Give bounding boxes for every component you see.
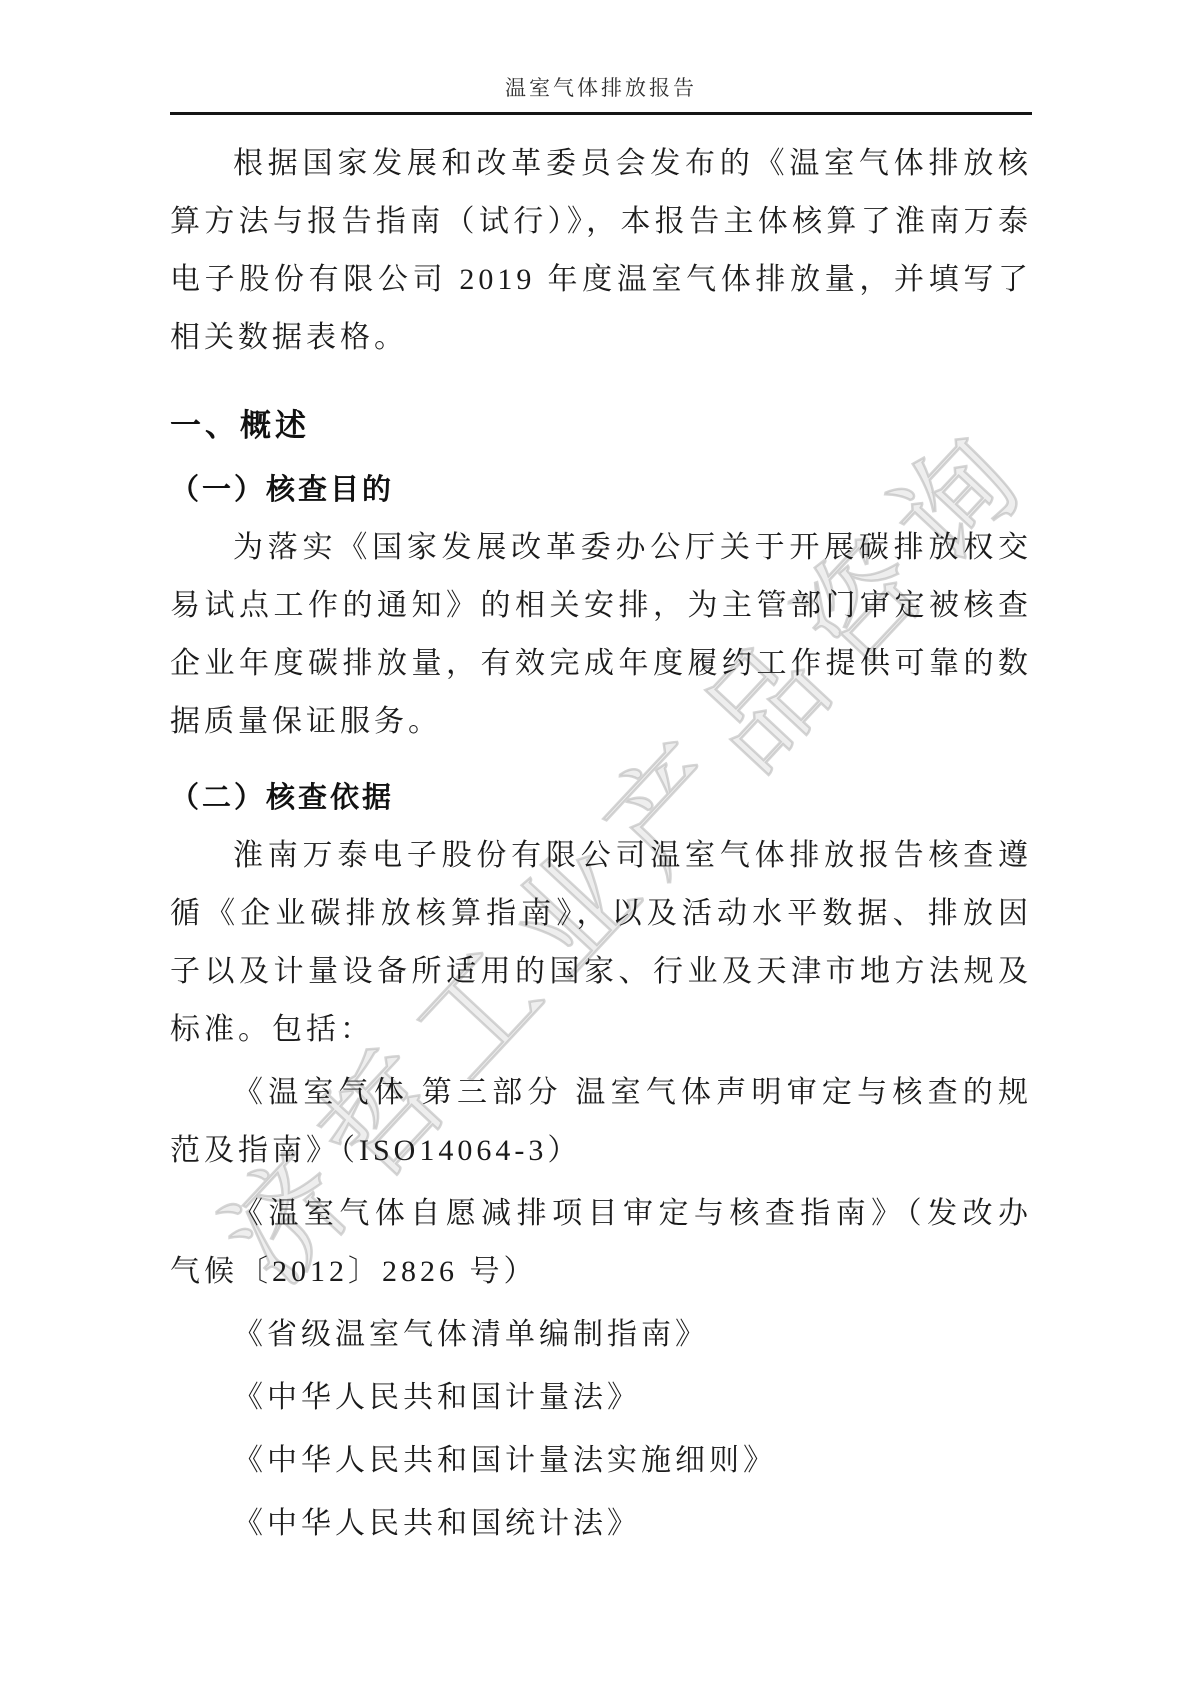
intro-paragraph: 根据国家发展和改革委员会发布的《温室气体排放核算方法与报告指南（试行）》，本报告… (170, 135, 1032, 367)
section-heading-overview: 一、概述 (170, 397, 1032, 455)
reference-list: 《温室气体 第三部分 温室气体声明审定与核查的规范及指南》（ISO14064-3… (170, 1064, 1032, 1553)
reference-item-metrology-law-rules: 《中华人民共和国计量法实施细则》 (170, 1432, 1032, 1490)
reference-item-iso14064: 《温室气体 第三部分 温室气体声明审定与核查的规范及指南》（ISO14064-3… (170, 1064, 1032, 1180)
page-content: 温室气体排放报告 根据国家发展和改革委员会发布的《温室气体排放核算方法与报告指南… (0, 0, 1202, 1553)
running-header-title: 温室气体排放报告 (170, 72, 1032, 102)
running-header: 温室气体排放报告 (170, 0, 1032, 115)
subsection-heading-basis: （二）核查依据 (170, 769, 1032, 827)
basis-paragraph: 淮南万泰电子股份有限公司温室气体排放报告核查遵循《企业碳排放核算指南》，以及活动… (170, 827, 1032, 1059)
reference-item-provincial-inventory-guide: 《省级温室气体清单编制指南》 (170, 1306, 1032, 1364)
reference-item-statistics-law: 《中华人民共和国统计法》 (170, 1495, 1032, 1553)
document-page: 济哲工业产品咨询 温室气体排放报告 根据国家发展和改革委员会发布的《温室气体排放… (0, 0, 1202, 1702)
purpose-paragraph: 为落实《国家发展改革委办公厅关于开展碳排放权交易试点工作的通知》的相关安排，为主… (170, 519, 1032, 751)
reference-item-metrology-law: 《中华人民共和国计量法》 (170, 1369, 1032, 1427)
reference-item-voluntary-reduction-guide: 《温室气体自愿减排项目审定与核查指南》（发改办气候〔2012〕2826 号） (170, 1185, 1032, 1301)
subsection-heading-purpose: （一）核查目的 (170, 461, 1032, 519)
